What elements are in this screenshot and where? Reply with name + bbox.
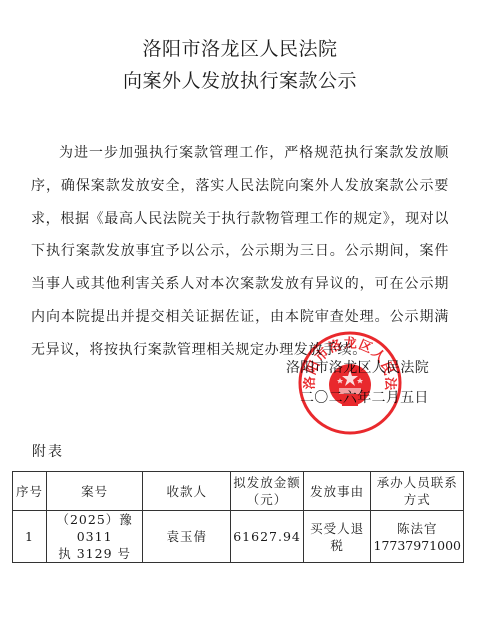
court-name-heading: 洛阳市洛龙区人民法院	[0, 34, 480, 61]
col-header-reason: 发放事由	[303, 472, 371, 511]
contact-name: 陈法官	[373, 520, 461, 537]
col-header-index: 序号	[13, 472, 47, 511]
cell-amount: 61627.94	[231, 511, 304, 563]
cell-case-no: （2025）豫 0311 执 3129 号	[46, 511, 142, 563]
contact-phone: 17737971000	[373, 537, 461, 554]
col-header-case-no: 案号	[46, 472, 142, 511]
annex-table: 序号 案号 收款人 拟发放金额（元） 发放事由 承办人员联系方式 1 （2025…	[12, 471, 464, 563]
col-header-amount: 拟发放金额（元）	[231, 472, 304, 511]
case-no-line1: （2025）豫 0311	[49, 511, 140, 545]
notice-title: 向案外人发放执行案款公示	[0, 66, 480, 93]
table-header-row: 序号 案号 收款人 拟发放金额（元） 发放事由 承办人员联系方式	[13, 472, 464, 511]
court-seal-icon: 洛阳市洛龙区人民法院	[297, 330, 403, 436]
cell-reason: 买受人退税	[303, 511, 371, 563]
col-header-payee: 收款人	[143, 472, 231, 511]
cell-index: 1	[13, 511, 47, 563]
table-row: 1 （2025）豫 0311 执 3129 号 袁玉倩 61627.94 买受人…	[13, 511, 464, 563]
cell-payee: 袁玉倩	[143, 511, 231, 563]
cell-contact: 陈法官 17737971000	[371, 511, 464, 563]
col-header-contact: 承办人员联系方式	[371, 472, 464, 511]
annex-label: 附表	[32, 441, 64, 461]
case-no-line2: 执 3129 号	[49, 545, 140, 562]
